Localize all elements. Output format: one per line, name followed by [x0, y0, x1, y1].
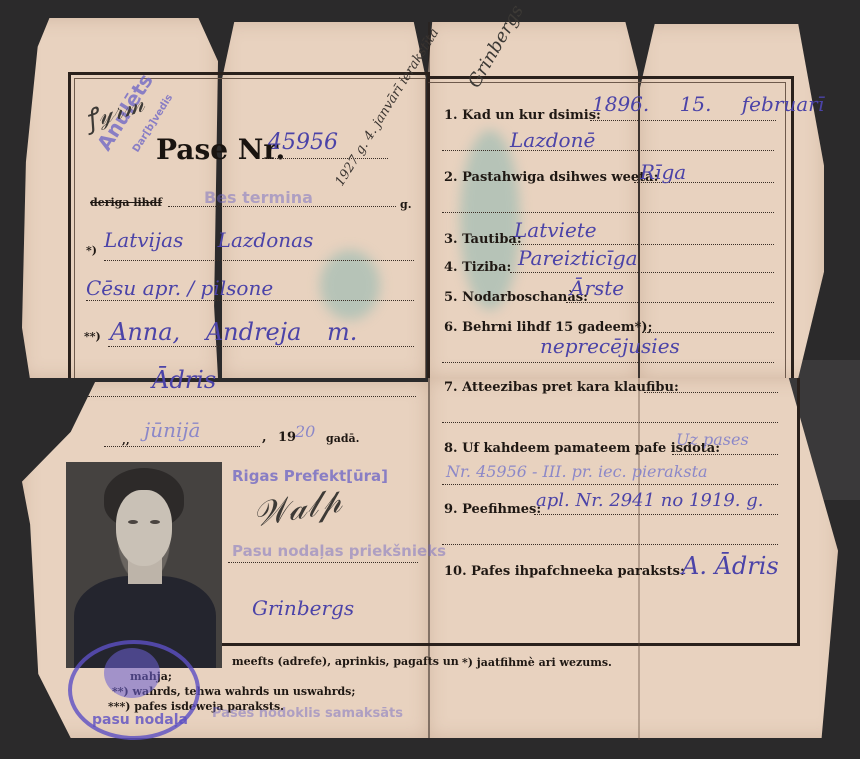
dotted-line — [442, 150, 774, 151]
fee-stamp: Pases nodoklis samaksāts — [212, 706, 403, 721]
field-4-value: Pareizticīga — [518, 246, 638, 270]
dotted-line — [104, 260, 414, 261]
field-6-value: neprecējusies — [540, 334, 680, 358]
date-suffix: gadā. — [326, 432, 359, 445]
field-10-label: 10. Pafes ihpafchneeka paraksts: — [444, 564, 685, 579]
field-1-label: 1. Kad un kur dsimis: — [444, 108, 601, 123]
footnote-1: meefts (adrefe), aprinkis, pagafts un — [232, 655, 459, 668]
dotted-line — [108, 346, 414, 347]
issuer-stamp: Rigas Prefekt[ūra] — [232, 467, 388, 485]
dotted-line — [644, 392, 778, 393]
surname-value: Ādris — [152, 366, 216, 394]
dotted-line — [442, 212, 774, 213]
date-year-value: 20 — [295, 422, 315, 441]
year-suffix: g. — [400, 198, 412, 211]
field-8-value: Uz pases — [676, 430, 749, 449]
ink-stain — [460, 130, 520, 310]
field-9-label: 9. Peefihmes: — [444, 502, 541, 517]
dotted-line — [442, 362, 774, 363]
dotted-line — [590, 120, 776, 121]
field-6-label: 6. Behrni lihdf 15 gadeem*); — [444, 320, 652, 335]
field-9-value: apl. Nr. 2941 no 1919. g. — [536, 490, 763, 511]
clerk-signature: Grinbergs — [252, 596, 354, 620]
valid-until-label: deriga lihdf — [90, 196, 162, 209]
office-stamp: Pasu nodaļas priekšnieks — [232, 542, 446, 560]
passport-number: 45956 — [268, 130, 338, 155]
name-value: Anna, Andreja m. — [110, 318, 357, 346]
field-4-label: 4. Tiziba: — [444, 260, 511, 275]
dotted-line — [262, 158, 388, 159]
field-5-value: Ārste — [570, 276, 624, 300]
dotted-line — [642, 332, 774, 333]
field-2-value: Rīga — [640, 160, 686, 184]
round-stamp-text: pasu nodaļa — [92, 712, 188, 728]
holder-signature: A. Ādris — [682, 552, 779, 580]
field-3-label: 3. Tautiba: — [444, 232, 522, 247]
dotted-line — [534, 514, 778, 515]
field-2-label: 2. Pastahwiga dsihwes weeta: — [444, 170, 658, 185]
field-8-value-2: Nr. 45956 - III. pr. iec. pieraksta — [446, 462, 708, 481]
right-footnote: *) jaatfihmè ari wezums. — [462, 656, 612, 669]
dotted-line — [86, 300, 414, 301]
dotted-line — [672, 454, 778, 455]
field-1-value-2: Lazdonē — [510, 128, 595, 152]
dotted-line — [104, 446, 260, 447]
date-comma: , — [262, 430, 267, 445]
dotted-line — [442, 544, 778, 545]
field-1-value: 1896. 15. februarī — [592, 92, 824, 116]
valid-until-stamp: Bes termina — [204, 188, 313, 207]
dotted-line — [442, 422, 778, 423]
field-3-value: Latviete — [514, 218, 597, 242]
date-month: jūnijā — [144, 418, 200, 442]
date-year-prefix: 19 — [278, 430, 296, 445]
dotted-line — [442, 484, 778, 485]
center-fold — [428, 22, 430, 738]
dotted-line — [88, 396, 416, 397]
dotted-line — [228, 562, 418, 563]
dotted-line — [510, 272, 774, 273]
citizenship-value: Latvijas Lazdonas — [104, 228, 313, 252]
dotted-line — [512, 244, 774, 245]
footnote-mark-1: *) — [86, 244, 97, 257]
passport-title: Pase Nr. — [156, 133, 285, 166]
district-value: Cēsu apr. / pilsone — [86, 276, 273, 300]
footnote-mark-2: **) — [84, 330, 101, 343]
holder-photo — [66, 462, 222, 668]
dotted-line — [566, 302, 774, 303]
